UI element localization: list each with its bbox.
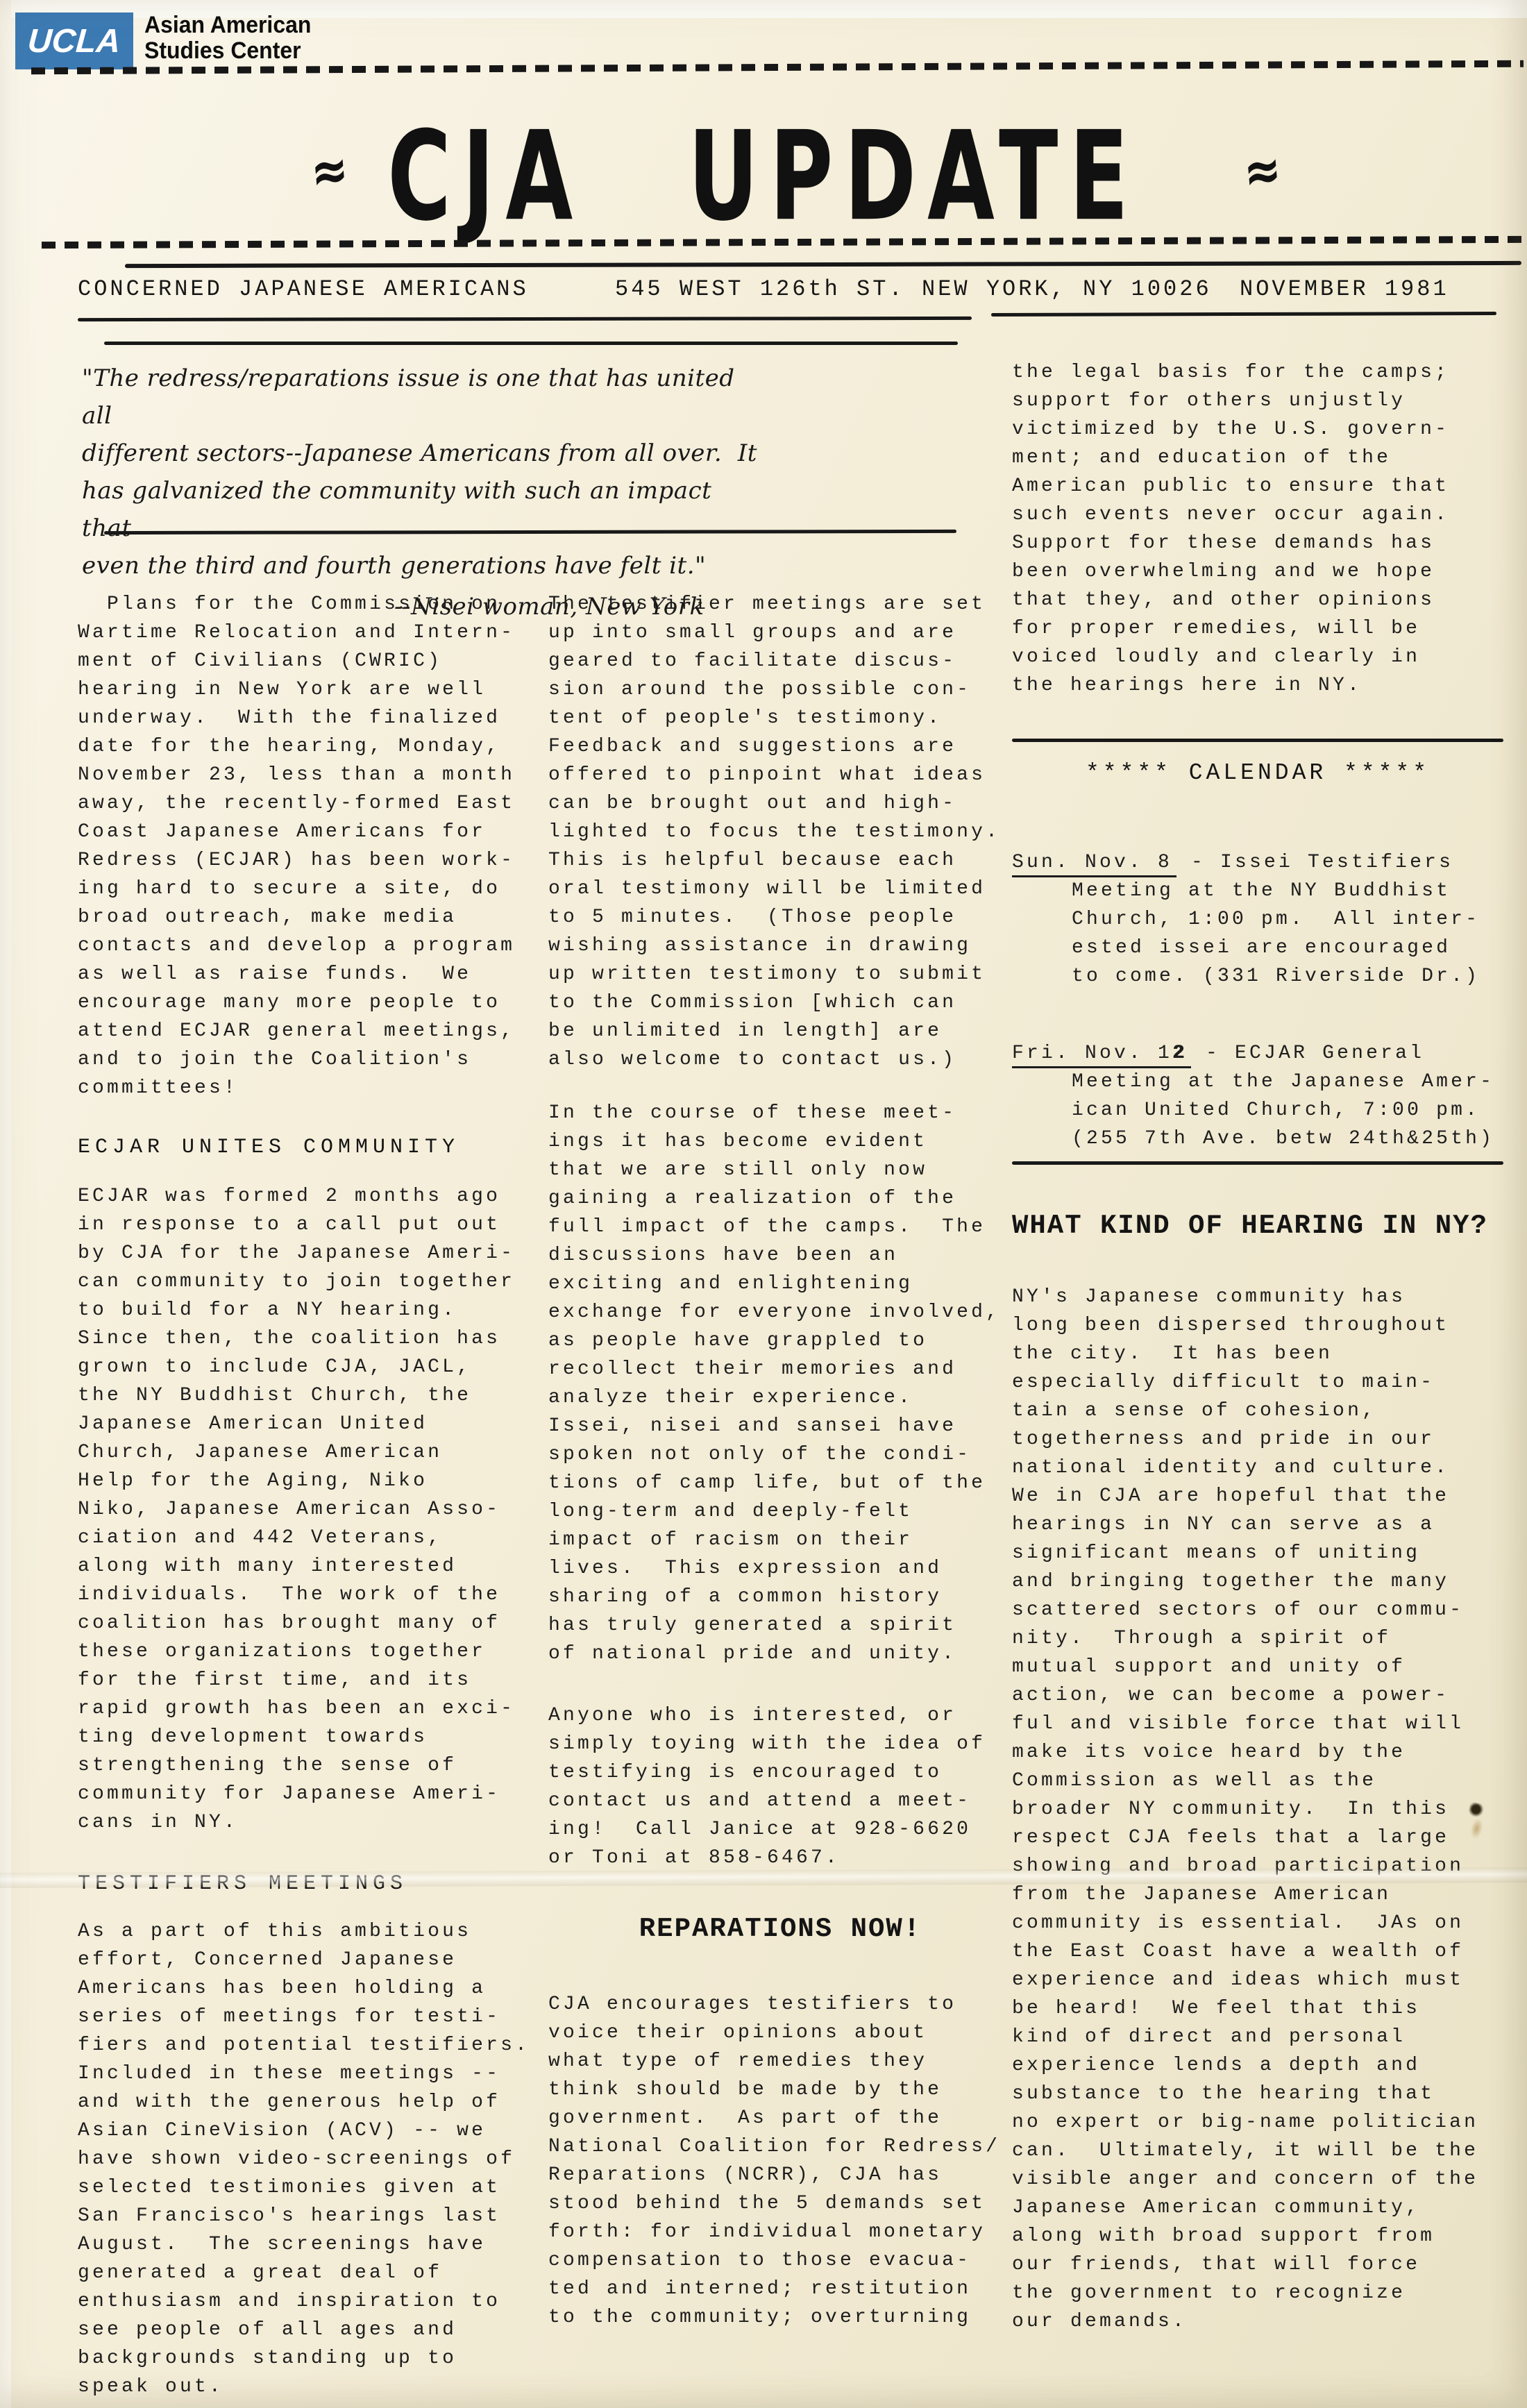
title-word-update: UPDATE xyxy=(688,106,1140,249)
hearing-in-ny-paragraph: NY's Japanese community has long been di… xyxy=(1012,1283,1503,2336)
event-date-text: Fri. Nov. 1 xyxy=(1012,1043,1172,1064)
column-middle: The testifier meetings are set up into s… xyxy=(548,590,1012,2332)
testifier-meetings-paragraph: The testifier meetings are set up into s… xyxy=(548,590,1012,1074)
swirl-ornament-icon: ≈ xyxy=(308,137,351,206)
calendar-event-date: Sun. Nov. 8 xyxy=(1012,852,1176,877)
article-ecjar-paragraph: ECJAR was formed 2 months ago in respons… xyxy=(78,1182,541,1837)
rule-under-address-left xyxy=(78,317,972,321)
pull-quote: "The redress/reparations issue is one th… xyxy=(82,360,762,621)
event-title: - Issei Testifiers xyxy=(1176,852,1453,873)
swirl-ornament-icon: ≈ xyxy=(1241,137,1283,206)
rule-under-quote xyxy=(104,530,956,534)
ucla-logo: UCLA xyxy=(15,12,133,69)
calendar-event-headline: Fri. Nov. 12 - ECJAR General xyxy=(1012,1039,1503,1068)
rule-under-address-right xyxy=(991,312,1496,317)
heading-reparations-now: REPARATIONS NOW! xyxy=(548,1912,1012,1946)
rule-above-calendar xyxy=(1012,739,1503,742)
calendar-event-details: Meeting at the NY Buddhist Church, 1:00 … xyxy=(1012,877,1503,991)
calendar-event: Fri. Nov. 12 - ECJAR General Meeting at … xyxy=(1012,1039,1503,1153)
rule-above-quote xyxy=(104,342,958,345)
reparations-paragraph: CJA encourages testifiers to voice their… xyxy=(548,1990,1012,2332)
studies-center-name: Asian American Studies Center xyxy=(144,12,311,64)
calendar-event-details: Meeting at the Japanese Amer- ican Unite… xyxy=(1012,1068,1503,1153)
calendar-event-headline: Sun. Nov. 8 - Issei Testifiers xyxy=(1012,848,1503,877)
scan-edge-left xyxy=(0,0,11,2408)
org-name-line1: Asian American xyxy=(144,12,311,38)
calendar-event: Sun. Nov. 8 - Issei Testifiers Meeting a… xyxy=(1012,848,1503,991)
ucla-logo-text: UCLA xyxy=(26,22,121,60)
contact-paragraph: Anyone who is interested, or simply toyi… xyxy=(548,1701,1012,1872)
calendar-event-date: Fri. Nov. 12 xyxy=(1012,1043,1191,1068)
column-left: Plans for the Commission on Wartime Relo… xyxy=(78,590,541,2401)
meetings-impact-paragraph: In the course of these meet- ings it has… xyxy=(548,1099,1012,1668)
heading-what-kind-of-hearing: WHAT KIND OF HEARING IN NY? xyxy=(1012,1209,1503,1243)
issue-date: NOVEMBER 1981 xyxy=(1240,276,1449,302)
calendar-heading: ***** CALENDAR ***** xyxy=(1012,760,1503,786)
column-right: the legal basis for the camps; support f… xyxy=(1012,358,1503,2336)
heading-ecjar-unites-community: ECJAR UNITES COMMUNITY xyxy=(78,1134,541,1161)
article-cwric-paragraph: Plans for the Commission on Wartime Relo… xyxy=(78,590,541,1102)
org-name-line2: Studies Center xyxy=(144,38,311,64)
newsletter-page: UCLA Asian American Studies Center CJAUP… xyxy=(0,0,1527,2408)
newsletter-title: CJAUPDATE xyxy=(0,106,1527,206)
pull-quote-text: "The redress/reparations issue is one th… xyxy=(82,360,762,584)
event-date-text: Sun. Nov. 8 xyxy=(1012,852,1172,873)
rule-below-calendar xyxy=(1012,1161,1503,1165)
event-title: - ECJAR General xyxy=(1191,1043,1424,1064)
street-address: 545 WEST 126th ST. xyxy=(615,276,905,302)
title-word-cja: CJA xyxy=(387,106,584,249)
demands-continuation-paragraph: the legal basis for the camps; support f… xyxy=(1012,358,1503,700)
city-address: NEW YORK, NY 10026 xyxy=(922,276,1212,302)
article-testifiers-paragraph: As a part of this ambitious effort, Conc… xyxy=(78,1917,541,2401)
event-date-overstrike: 2 xyxy=(1172,1043,1187,1064)
rule-above-address xyxy=(125,261,1521,268)
publisher-name: CONCERNED JAPANESE AMERICANS xyxy=(78,276,529,302)
heading-testifiers-meetings: TESTIFIERS MEETINGS xyxy=(78,1870,541,1898)
